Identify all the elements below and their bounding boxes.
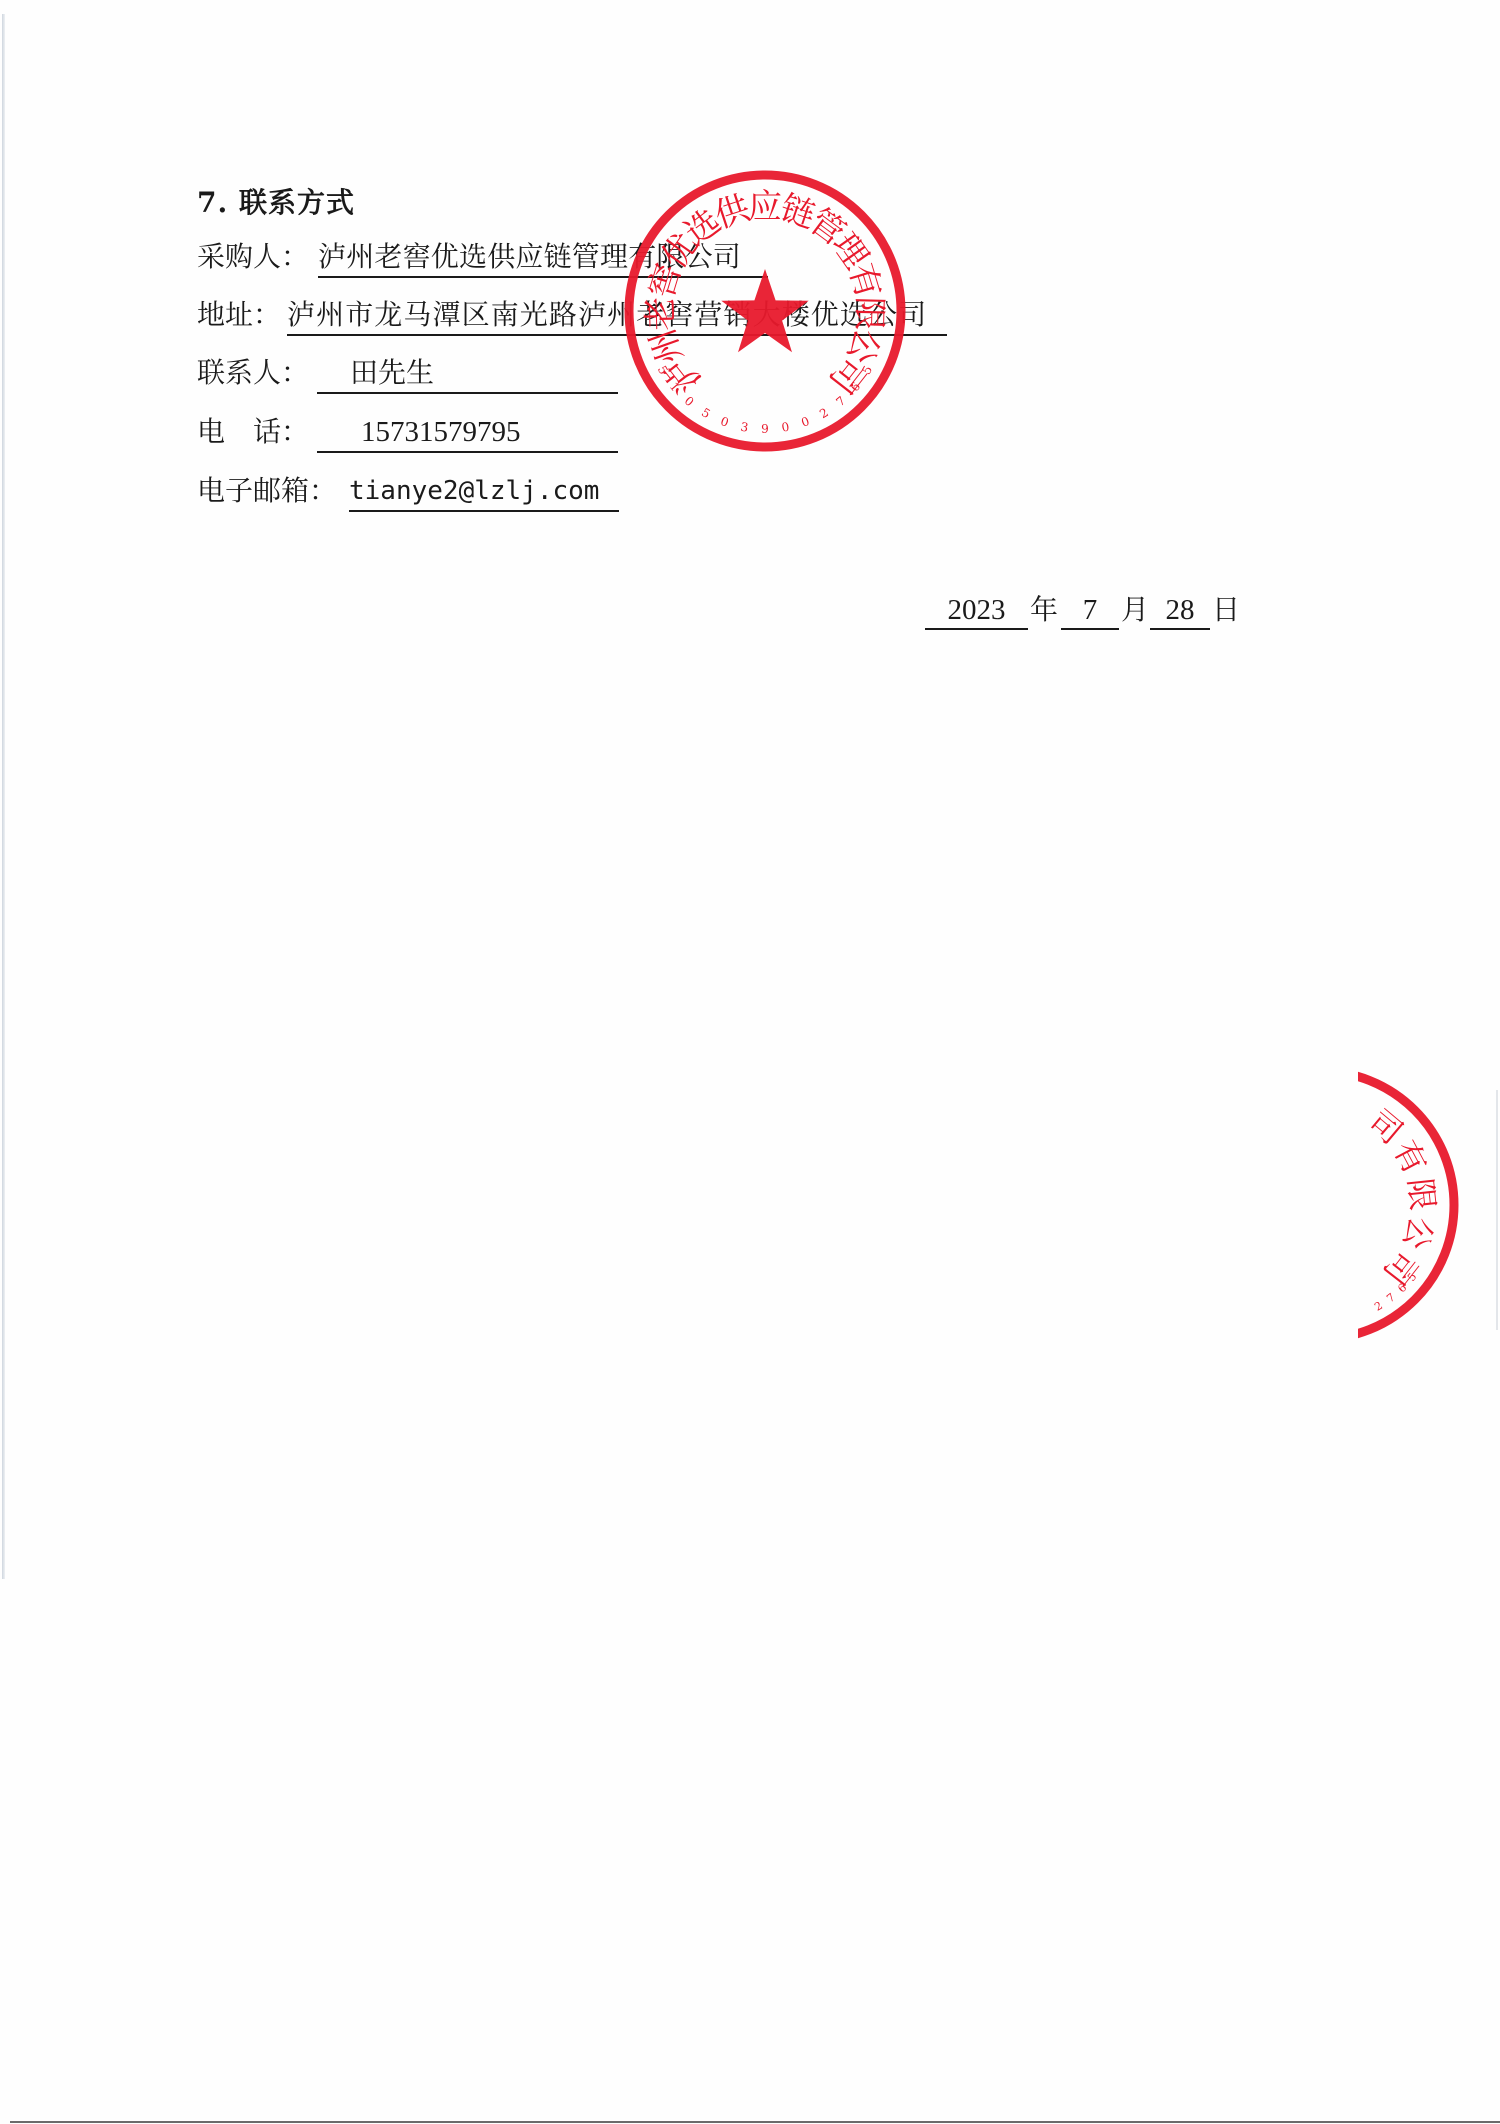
partial-seal-ring-text: 司有限公司	[1361, 1102, 1442, 1292]
svg-text:管: 管	[801, 201, 852, 253]
partial-seal-ring	[1340, 1071, 1454, 1339]
svg-text:理: 理	[824, 226, 876, 277]
purchaser-row: 采购人： 泸州老窖优选供应链管理有限公司	[197, 240, 309, 274]
svg-text:3: 3	[740, 420, 750, 435]
address-row: 地址： 泸州市龙马潭区南光路泸州老窖营销大楼优选公司	[197, 298, 281, 332]
contact-value: 田先生	[317, 356, 618, 394]
svg-text:2: 2	[817, 405, 831, 421]
svg-text:5: 5	[1405, 1270, 1420, 1284]
purchaser-label: 采购人：	[197, 240, 309, 274]
email-label: 电子邮箱：	[197, 474, 337, 508]
phone-label: 电 话：	[197, 415, 309, 449]
date-year: 2023	[925, 592, 1028, 630]
scan-edge-left	[2, 14, 5, 1579]
address-label: 地址：	[197, 298, 281, 332]
svg-text:公: 公	[1395, 1212, 1440, 1253]
svg-text:2: 2	[1372, 1299, 1385, 1314]
address-value: 泸州市龙马潭区南光路泸州老窖营销大楼优选公司	[287, 298, 947, 336]
svg-text:有: 有	[840, 259, 888, 303]
date-year-unit: 年	[1030, 592, 1058, 628]
date-month-unit: 月	[1121, 592, 1149, 628]
partial-seal-right-edge: 司有限公司 2765	[1340, 1060, 1500, 1350]
svg-text:1: 1	[667, 379, 683, 394]
svg-text:应: 应	[748, 187, 782, 227]
date-month: 7	[1061, 592, 1119, 630]
svg-text:司: 司	[1376, 1243, 1426, 1292]
svg-text:5: 5	[859, 363, 875, 377]
contact-label: 联系人：	[197, 356, 309, 390]
document-page: 7. 联系方式 采购人： 泸州老窖优选供应链管理有限公司 地址： 泸州市龙马潭区…	[0, 0, 1500, 2124]
svg-text:5: 5	[699, 405, 713, 421]
svg-text:司: 司	[1361, 1102, 1410, 1152]
svg-text:限: 限	[1401, 1176, 1442, 1212]
section-heading: 7. 联系方式	[197, 186, 355, 220]
svg-text:0: 0	[682, 394, 697, 410]
page-bottom-border	[10, 2121, 1500, 2123]
phone-row: 电 话： 15731579795	[197, 415, 309, 449]
email-row: 电子邮箱： tianye2@lzlj.com	[197, 474, 337, 508]
svg-text:5: 5	[655, 363, 671, 377]
date-day-unit: 日	[1212, 592, 1240, 628]
phone-value: 15731579795	[317, 415, 618, 453]
svg-text:6: 6	[848, 379, 864, 394]
svg-text:9: 9	[761, 422, 769, 436]
svg-text:供: 供	[710, 188, 756, 237]
contact-row: 联系人： 田先生	[197, 356, 309, 390]
seal-code-text: 5105039002765	[655, 363, 875, 436]
svg-text:有: 有	[1386, 1134, 1435, 1180]
svg-text:泸: 泸	[657, 349, 709, 400]
purchaser-value: 泸州老窖优选供应链管理有限公司	[318, 240, 768, 278]
svg-text:0: 0	[781, 420, 791, 435]
svg-text:6: 6	[1395, 1281, 1409, 1295]
partial-seal-code-text: 2765	[1372, 1270, 1419, 1313]
email-value: tianye2@lzlj.com	[349, 474, 619, 512]
seal-ring-text: 泸州老窖优选供应链管理有限公司	[641, 187, 890, 401]
svg-text:司: 司	[821, 349, 873, 400]
svg-text:链: 链	[775, 188, 820, 237]
svg-text:0: 0	[799, 414, 811, 430]
svg-text:0: 0	[719, 414, 731, 430]
svg-text:7: 7	[1384, 1291, 1397, 1306]
date-day: 28	[1150, 592, 1210, 630]
scan-edge-right	[1496, 1090, 1498, 1330]
svg-text:7: 7	[833, 394, 848, 410]
